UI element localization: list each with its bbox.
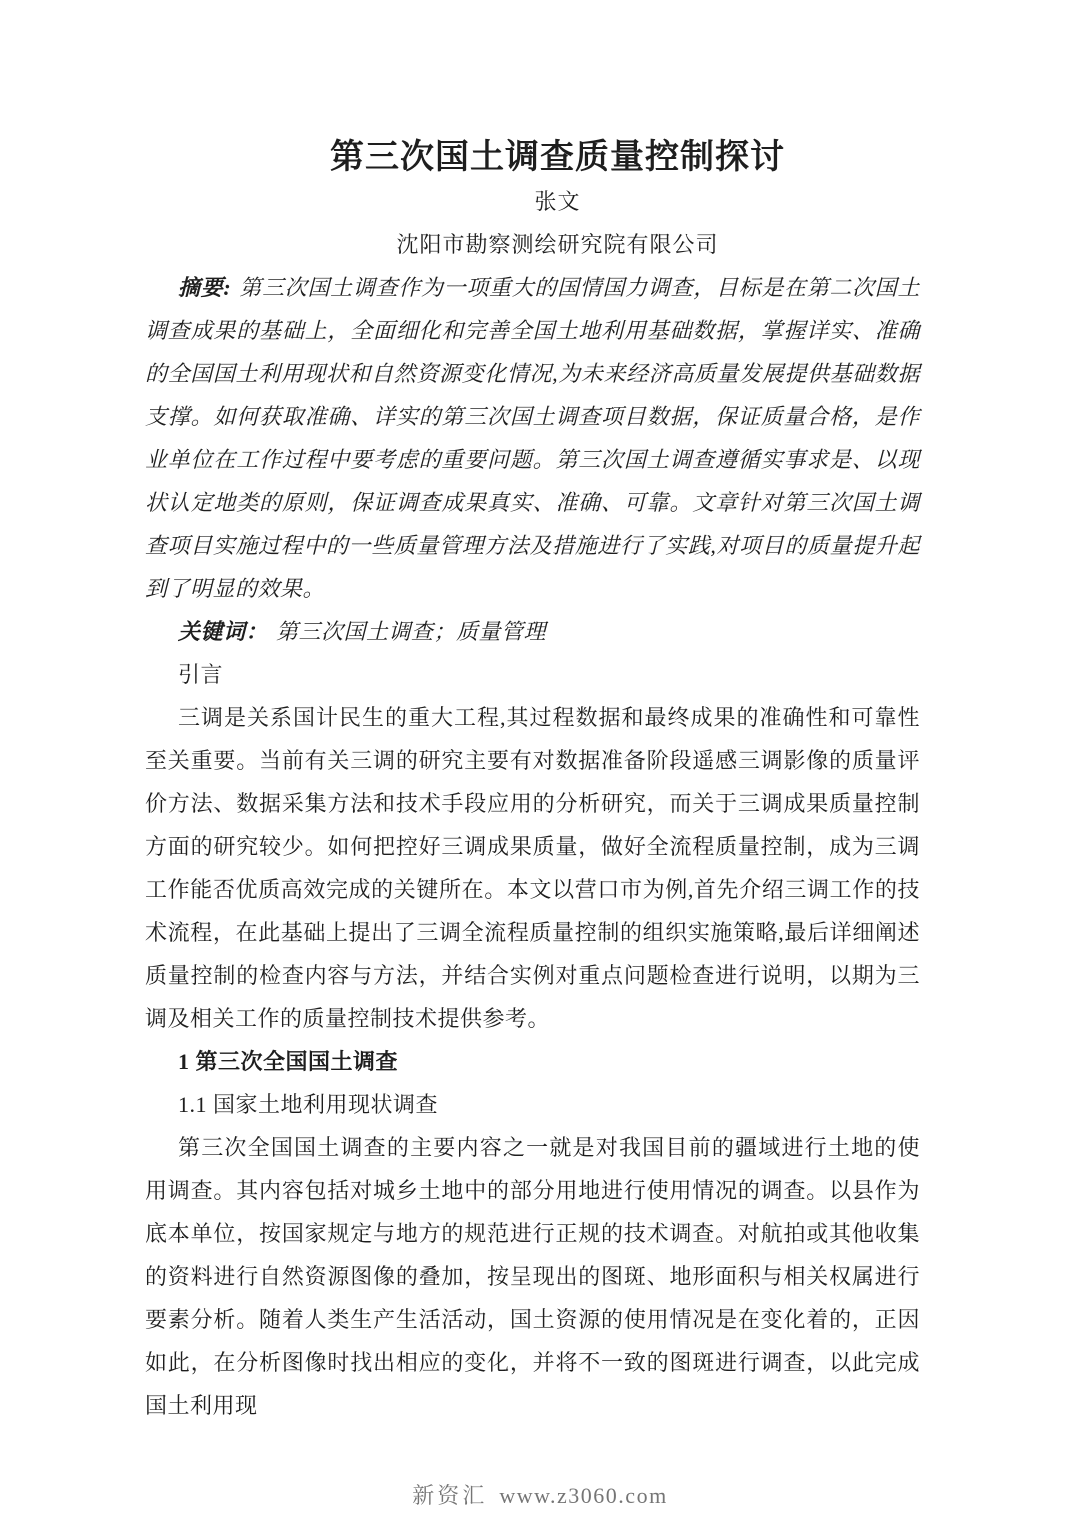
document-page: 第三次国土调查质量控制探讨 张文 沈阳市勘察测绘研究院有限公司 摘要:第三次国土… xyxy=(0,0,1080,1527)
page-content: 第三次国土调查质量控制探讨 张文 沈阳市勘察测绘研究院有限公司 摘要:第三次国土… xyxy=(0,136,1080,1427)
footer-site-name: 新资汇 xyxy=(412,1483,487,1508)
affiliation: 沈阳市勘察测绘研究院有限公司 xyxy=(170,223,945,266)
footer-watermark: 新资汇www.z3060.com xyxy=(0,1474,1080,1517)
keywords-label: 关键词： xyxy=(178,619,268,644)
intro-paragraph: 三调是关系国计民生的重大工程,其过程数据和最终成果的准确性和可靠性至关重要。当前… xyxy=(145,696,920,1040)
footer-site-url: www.z3060.com xyxy=(499,1483,667,1508)
section-1-1-paragraph: 第三次全国国土调查的主要内容之一就是对我国目前的疆域进行土地的使用调查。其内容包… xyxy=(145,1126,920,1427)
section-1-heading: 1 第三次全国国土调查 xyxy=(145,1040,920,1083)
intro-heading: 引言 xyxy=(145,653,920,696)
page-title: 第三次国土调查质量控制探讨 xyxy=(170,136,945,180)
keywords-line: 关键词：第三次国土调查；质量管理 xyxy=(145,610,920,653)
abstract-text: 第三次国土调查作为一项重大的国情国力调查，目标是在第二次国土调查成果的基础上，全… xyxy=(145,275,920,601)
section-1-1-heading: 1.1 国家土地利用现状调查 xyxy=(145,1083,920,1126)
abstract-paragraph: 摘要:第三次国土调查作为一项重大的国情国力调查，目标是在第二次国土调查成果的基础… xyxy=(145,266,920,610)
author: 张文 xyxy=(170,180,945,223)
abstract-label: 摘要: xyxy=(178,275,231,300)
header-block: 第三次国土调查质量控制探讨 张文 沈阳市勘察测绘研究院有限公司 xyxy=(170,136,945,266)
keywords-text: 第三次国土调查；质量管理 xyxy=(276,619,546,644)
